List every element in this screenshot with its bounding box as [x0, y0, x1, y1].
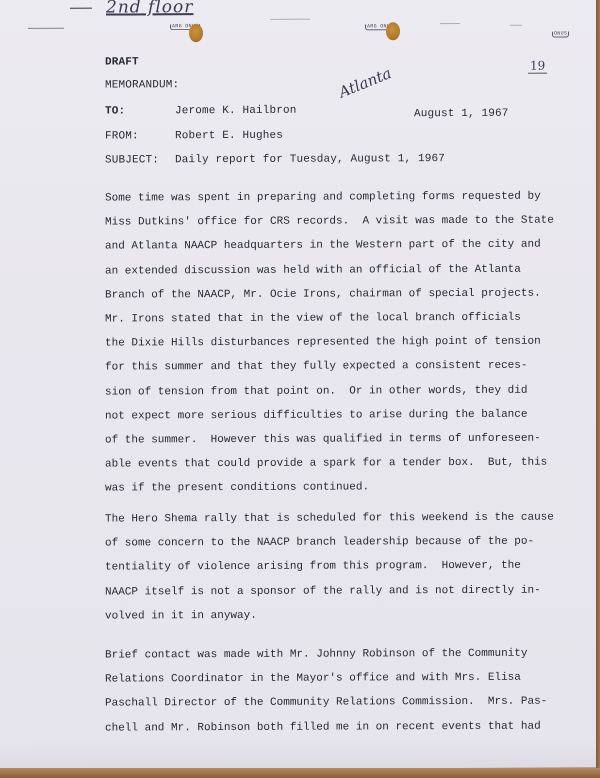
text-line: the Dixie Hills disturbances represented…: [105, 330, 554, 356]
text-line: Mr. Irons stated that in the view of the…: [105, 306, 554, 332]
body-paragraph-2: The Hero Shema rally that is scheduled f…: [105, 506, 554, 629]
from-label: FROM:: [105, 130, 139, 142]
draft-label: DRAFT: [105, 56, 139, 68]
text-line: of the summer. However this was qualifie…: [105, 426, 554, 452]
text-line: Brief contact was made with Mr. Johnny R…: [105, 642, 547, 668]
body-paragraph-3: Brief contact was made with Mr. Johnny R…: [105, 642, 547, 741]
memo-date: August 1, 1967: [414, 108, 509, 120]
handwritten-floor-note: 2nd floor: [70, 0, 193, 18]
text-line: sion of tension from that point on. Or i…: [105, 378, 554, 404]
pencil-mark: [510, 25, 522, 26]
subject-value: Daily report for Tuesday, August 1, 1967: [175, 153, 445, 166]
desk-background-edge: [0, 768, 600, 778]
text-line: Relations Coordinator in the Mayor's off…: [105, 666, 547, 692]
pencil-mark: [440, 23, 460, 24]
text-line: Miss Dutkins' office for CRS records. A …: [105, 209, 554, 235]
text-line: NAACP itself is not a sponsor of the ral…: [105, 578, 554, 604]
text-line: chell and Mr. Robinson both filled me in…: [105, 714, 547, 740]
memorandum-label: MEMORANDUM:: [105, 79, 179, 91]
handwritten-city-note: Atlanta: [336, 64, 394, 101]
text-line: Some time was spent in preparing and com…: [105, 185, 554, 211]
text-line: for this summer and that they fully expe…: [105, 354, 554, 380]
from-value: Robert E. Hughes: [175, 130, 283, 142]
to-label: TO:: [105, 105, 125, 117]
subject-label: SUBJECT:: [105, 154, 159, 166]
text-line: of some concern to the NAACP branch lead…: [105, 530, 554, 556]
text-line: able events that could provide a spark f…: [105, 451, 554, 477]
text-line: an extended discussion was held with an …: [105, 257, 554, 283]
desk-background-edge: [596, 0, 600, 778]
memo-page: 2nd floor ARG ONUS ARG ONUS ONUS 19 Atla…: [0, 0, 596, 770]
to-value: Jerome K. Hailbron: [175, 105, 297, 118]
punch-hole: [386, 22, 400, 40]
text-line: The Hero Shema rally that is scheduled f…: [105, 506, 554, 532]
text-line: and Atlanta NAACP headquarters in the We…: [105, 233, 554, 259]
archive-stamp: ONUS: [552, 32, 569, 38]
body-paragraph-1: Some time was spent in preparing and com…: [105, 185, 554, 501]
text-line: volved in it in anyway.: [105, 602, 554, 628]
text-line: Paschall Director of the Community Relat…: [105, 690, 547, 716]
text-line: was if the present conditions continued.: [105, 475, 554, 501]
pencil-mark: [270, 19, 310, 20]
handwritten-page-number: 19: [528, 59, 547, 74]
text-line: not expect more serious difficulties to …: [105, 402, 554, 428]
punch-hole: [189, 24, 203, 42]
text-line: Branch of the NAACP, Mr. Ocie Irons, cha…: [105, 281, 554, 307]
pencil-mark: [28, 28, 64, 29]
text-line: tentiality of violence arising from this…: [105, 554, 554, 580]
